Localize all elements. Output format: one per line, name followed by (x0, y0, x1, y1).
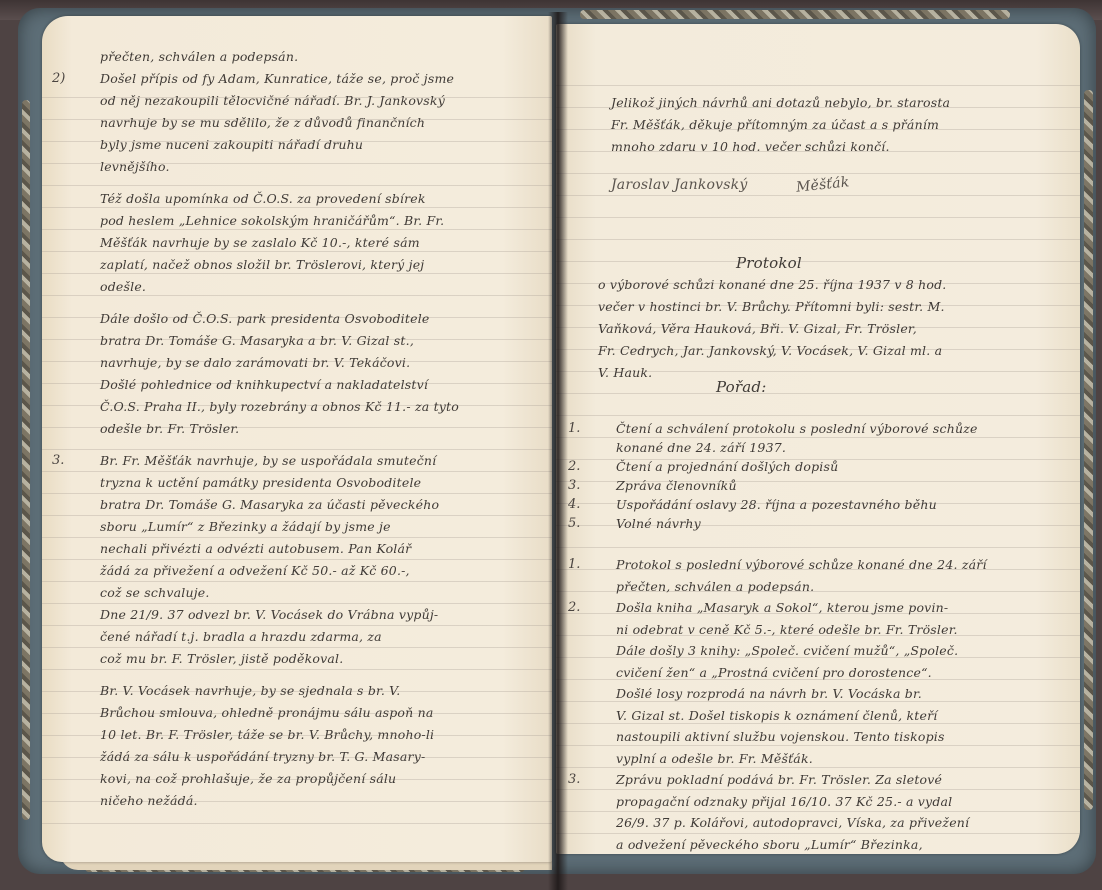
handwritten-line: navrhuje by se mu sdělilo, že z důvodů f… (100, 112, 425, 134)
handwritten-line: žádá za sálu k uspořádání tryzny br. T. … (100, 746, 425, 768)
minutes-line: nastoupili aktivní službu vojenskou. Ten… (616, 726, 945, 748)
protocol-title: Protokol (736, 252, 802, 274)
minutes-line: V. Gizal st. Došel tiskopis k oznámení č… (616, 705, 937, 727)
signature-recorder: Jaroslav Jankovský (611, 174, 747, 196)
minutes-line: Zprávu pokladní podává br. Fr. Trösler. … (616, 769, 942, 791)
handwritten-line: od něj nezakoupili tělocvičné nářadí. Br… (100, 90, 445, 112)
handwritten-line: levnějšího. (100, 156, 170, 178)
handwritten-line: Došlé pohlednice od knihkupectví a nakla… (100, 374, 428, 396)
handwritten-line: Brůchou smlouva, ohledně pronájmu sálu a… (100, 702, 433, 724)
item-number: 3. (52, 453, 64, 468)
minutes-line: propagační odznaky přijal 16/10. 37 Kč 2… (616, 791, 952, 813)
minutes-number: 1. (568, 557, 580, 572)
handwritten-line: žádá za přivežení a odvežení Kč 50.- až … (100, 560, 410, 582)
handwritten-line: bratra Dr. Tomáše G. Masaryka za účasti … (100, 494, 439, 516)
protocol-intro-line: večer v hostinci br. V. Brůchy. Přítomni… (598, 296, 945, 318)
minutes-line: ni odebrat v ceně Kč 5.-, které odešle b… (616, 619, 958, 641)
handwritten-line: tryzna k uctění památky presidenta Osvob… (100, 472, 421, 494)
handwritten-line: Dne 21/9. 37 odvezl br. V. Vocásek do Vr… (100, 604, 438, 626)
handwritten-line: Dále došlo od Č.O.S. park presidenta Osv… (100, 308, 429, 330)
agenda-number: 5. (568, 516, 580, 531)
handwritten-line: bratra Dr. Tomáše G. Masaryka a br. V. G… (100, 330, 414, 352)
handwritten-line: což mu br. F. Trösler, jistě poděkoval. (100, 648, 343, 670)
minutes-line: Dále došly 3 knihy: „Společ. cvičení muž… (616, 640, 958, 662)
handwritten-line: 10 let. Br. F. Trösler, táže se br. V. B… (100, 724, 434, 746)
protocol-intro-line: V. Hauk. (598, 362, 652, 384)
minutes-line: přečten, schválen a podepsán. (616, 576, 814, 598)
book-spine (548, 12, 568, 890)
handwritten-line: Č.O.S. Praha II., byly rozebrány a obnos… (100, 396, 459, 418)
closing-line: Fr. Měšťák, děkuje přítomným za účast a … (611, 114, 939, 136)
handwritten-line: byly jsme nuceni zakoupiti nářadí druhu (100, 134, 363, 156)
handwritten-line: Br. V. Vocásek navrhuje, by se sjednala … (100, 680, 400, 702)
handwritten-line: sboru „Lumír“ z Březinky a žádají by jsm… (100, 516, 391, 538)
agenda-number: 3. (568, 478, 580, 493)
agenda-number: 1. (568, 421, 580, 436)
agenda-number: 4. (568, 497, 580, 512)
handwritten-line: kovi, na což prohlašuje, že za propůjčen… (100, 768, 396, 790)
handwritten-line: Též došla upomínka od Č.O.S. za proveden… (100, 188, 426, 210)
minutes-number: 3. (568, 772, 580, 787)
left-page: přečten, schválen a podepsán.2)Došel pří… (42, 16, 552, 862)
cover-marbled-edge-right (1084, 90, 1093, 810)
protocol-intro-line: o výborové schůzi konané dne 25. října 1… (598, 274, 946, 296)
handwritten-line: ničeho nežádá. (100, 790, 198, 812)
handwritten-line: což se schvaluje. (100, 582, 210, 604)
handwritten-line: zaplatí, načež obnos složil br. Tröslero… (100, 254, 424, 276)
minutes-line: Došlé losy rozprodá na návrh br. V. Vocá… (616, 683, 922, 705)
handwritten-line: čené nářadí t.j. bradla a hrazdu zdarma,… (100, 626, 382, 648)
handwritten-line: odešle. (100, 276, 146, 298)
agenda-number: 2. (568, 459, 580, 474)
right-page: Jelikož jiných návrhů ani dotazů nebylo,… (556, 24, 1080, 854)
item-number: 2) (52, 71, 65, 86)
cover-marbled-edge-top (580, 10, 1010, 19)
minutes-line: Došla kniha „Masaryk a Sokol“, kterou js… (616, 597, 948, 619)
agenda-item-line: Volné návrhy (616, 513, 701, 535)
handwritten-line: Br. Fr. Měšťák navrhuje, by se uspořádal… (100, 450, 436, 472)
handwritten-line: navrhuje, by se dalo zarámovati br. V. T… (100, 352, 410, 374)
minutes-line: a odvežení pěveckého sboru „Lumír“ Březi… (616, 834, 923, 856)
minutes-line: vyplní a odešle br. Fr. Měšťák. (616, 748, 813, 770)
agenda-title: Pořad: (716, 376, 767, 398)
protocol-intro-line: Fr. Cedrych, Jar. Jankovský, V. Vocásek,… (598, 340, 942, 362)
closing-line: mnoho zdaru v 10 hod. večer schůzi končí… (611, 136, 890, 158)
handwritten-line: odešle br. Fr. Trösler. (100, 418, 239, 440)
minutes-line: 26/9. 37 p. Kolářovi, autodopravci, Vísk… (616, 812, 969, 834)
handwritten-line: přečten, schválen a podepsán. (100, 46, 298, 68)
minutes-number: 2. (568, 600, 580, 615)
minutes-line: cvičení žen“ a „Prostná cvičení pro doro… (616, 662, 932, 684)
handwritten-line: nechali přivézti a odvézti autobusem. Pa… (100, 538, 411, 560)
handwritten-line: pod heslem „Lehnice sokolským hraničářům… (100, 210, 444, 232)
handwritten-line: Došel přípis od fy Adam, Kunratice, táže… (100, 68, 454, 90)
protocol-intro-line: Vaňková, Věra Hauková, Bři. V. Gizal, Fr… (598, 318, 917, 340)
minutes-line: Protokol s poslední výborové schůze kona… (616, 554, 987, 576)
handwritten-line: Měšťák navrhuje by se zaslalo Kč 10.-, k… (100, 232, 420, 254)
closing-line: Jelikož jiných návrhů ani dotazů nebylo,… (611, 92, 950, 114)
cover-marbled-edge-left (22, 100, 30, 820)
